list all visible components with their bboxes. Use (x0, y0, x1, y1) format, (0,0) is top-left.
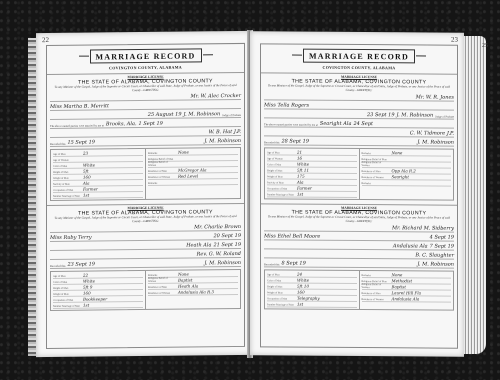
detail-value: Andalusia Ala (392, 296, 420, 301)
detail-value: 5ft 10 (297, 284, 309, 289)
license-date: 23 Sept 19 (367, 112, 395, 118)
county-subtitle: COVINGTON COUNTY, ALABAMA (47, 64, 244, 71)
detail-value: Laurel Hill Fla (392, 290, 421, 295)
detail-label: Age of Man (267, 151, 295, 154)
officiant: Rev. G. W. Roland (197, 251, 241, 257)
recorded-label: Recorded this (50, 265, 65, 268)
greeting-text: To any Minister of the Gospel, Judge of … (264, 84, 454, 92)
solemnized-label: The above named parties were married by … (264, 123, 318, 126)
married-row: Andalusia Ala7 Sept 19 (264, 241, 454, 250)
details-table: Age of Man23 Age of Woman Color of ManWh… (50, 147, 241, 201)
detail-label: Weight of Man (267, 175, 295, 178)
recorder: J. M. Robinson (204, 138, 241, 144)
detail-label: Residence of Woman (362, 298, 390, 301)
detail-label: Religious Belief of Woman (148, 161, 176, 167)
left-page: 22 MARRIAGE RECORD COVINGTON COUNTY, ALA… (36, 31, 251, 357)
record-title: MARRIAGE RECORD (303, 49, 415, 64)
detail-label: Age of Man (267, 273, 295, 276)
detail-label: Religious Belief of Woman (362, 283, 390, 289)
page-edges: 25 (464, 36, 486, 354)
detail-label: Remarks (148, 182, 176, 185)
license-section: MARRIAGE LICENSE THE STATE OF ALABAMA, C… (261, 203, 457, 311)
detail-label: Nativity of Man (267, 181, 295, 184)
detail-value: Methodist (392, 278, 413, 283)
recorded-row: Recorded this15 Sept 19J. M. Robinson (50, 137, 241, 147)
detail-label: Height of Man (267, 169, 295, 172)
married-date: 21 Sept 19 (214, 242, 242, 248)
detail-value: 1st (83, 193, 89, 198)
detail-value: None (392, 150, 403, 155)
detail-label: Residence of Woman (148, 292, 176, 295)
left-page-number: 22 (42, 36, 49, 44)
officiant: C. W. Tidmore J.P. (410, 130, 454, 136)
license-date: 4 Sept 19 (430, 235, 454, 241)
detail-label: Residence of Woman (148, 176, 176, 179)
detail-value: 1st (83, 303, 89, 308)
detail-value: 1st (297, 192, 303, 197)
groom-row: Mr. Richard M. Sidberry (264, 223, 454, 232)
bride-name: Miss Ethel Bell Moore (264, 233, 320, 239)
detail-label: Age of Woman (267, 157, 295, 160)
detail-value: Baptist (178, 277, 192, 282)
bride-name: Miss Ruby Terry (50, 235, 92, 241)
detail-value: None (178, 150, 189, 155)
detail-value: Farmer (297, 186, 312, 191)
recorded-row: Recorded this28 Sept 19J. M. Robinson (264, 137, 454, 146)
bride-row: Miss Ethel Bell Moore4 Sept 19 (264, 232, 454, 241)
detail-value: 22 (83, 273, 88, 278)
detail-label: Remarks (362, 182, 390, 185)
details-right: RemarksNone Religious Belief of Man Reli… (359, 149, 454, 200)
detail-value: 5ft (83, 169, 89, 174)
groom-name: Mr. W. R. Jones (416, 94, 454, 100)
detail-label: Residence of Man (362, 292, 390, 295)
detail-value: Searight (392, 174, 409, 179)
recorded-row: Recorded this23 Sept 19J. M. Robinson (50, 259, 241, 269)
married-row: The above named parties were married by … (264, 119, 454, 128)
officiant: W. B. Hat J.P. (209, 129, 241, 135)
detail-value: McGregor Ala (178, 167, 207, 172)
detail-value: White (297, 162, 309, 167)
detail-value: Farmer (83, 186, 98, 191)
license-date: 25 August 19 (148, 112, 182, 118)
married-date: 7 Sept 19 (430, 244, 454, 250)
details-left: Age of Man22 Color of ManWhite Height of… (51, 271, 145, 310)
detail-label: Weight of Man (53, 177, 81, 180)
license-section: MARRIAGE LICENSE THE STATE OF ALABAMA, C… (47, 72, 244, 202)
details-left: Age of Man23 Age of Woman Color of ManWh… (51, 149, 145, 200)
detail-value: 21 (297, 150, 302, 155)
left-record-form: MARRIAGE RECORD COVINGTON COUNTY, ALABAM… (46, 43, 245, 349)
issued-by: J. M. Robinson (397, 112, 434, 118)
groom-name: Mr. Charlie Brown (194, 224, 241, 230)
detail-label: Number Marriage of Man (267, 193, 295, 196)
detail-row: Remarks (148, 179, 238, 186)
detail-label: Residence of Man (362, 170, 390, 173)
detail-label: Color of Man (53, 165, 81, 168)
details-left: Age of Man21 Age of Woman16 Color of Man… (265, 148, 359, 199)
officiant-row: B. C. Slaughter (264, 250, 454, 259)
detail-value: Andalusia Ala R.3 (178, 289, 214, 294)
right-page-number: 23 (451, 36, 458, 44)
judge-label: Judge of Probate (222, 114, 241, 117)
detail-value: 16 (297, 156, 302, 161)
detail-value: 1st (297, 302, 303, 307)
bride-name: Miss Tella Rogers (264, 102, 309, 108)
detail-label: Number Marriage of Man (53, 195, 81, 198)
detail-row: Number Marriage of Man1st (267, 301, 357, 308)
detail-value: Ala (297, 180, 304, 185)
license-section: MARRIAGE LICENSE THE STATE OF ALABAMA, C… (261, 72, 457, 201)
recorded-date: 8 Sept 19 (281, 260, 305, 266)
detail-label: Remarks (148, 152, 176, 155)
detail-value: White (297, 278, 309, 283)
married-at: Searight Ala (320, 121, 352, 127)
detail-label: Residence of Woman (362, 176, 390, 179)
details-table: Age of Man21 Age of Woman16 Color of Man… (264, 147, 454, 200)
detail-label: Religious Belief of Woman (362, 161, 390, 167)
detail-label: Nativity of Man (53, 183, 81, 186)
greeting-text: To any Minister of the Gospel, Judge of … (264, 215, 454, 223)
bride-row: Miss Tella Rogers (264, 101, 454, 110)
detail-label: Religious Belief of Woman (148, 277, 176, 283)
detail-row: Residence of WomanAndalusia Ala (362, 296, 452, 303)
recorder: J. M. Robinson (204, 260, 241, 266)
detail-value: Bookkeeper (83, 296, 107, 301)
detail-label: Color of Man (267, 279, 295, 282)
detail-value: 5ft 11 (297, 168, 309, 173)
detail-label: Occupation of Man (53, 299, 81, 302)
record-title: MARRIAGE RECORD (90, 48, 202, 63)
detail-value: Opp Ala R.2 (392, 168, 416, 173)
detail-value: 23 (83, 151, 88, 156)
recorded-row: Recorded this8 Sept 19J. M. Robinson (264, 259, 454, 268)
detail-label: Number Marriage of Man (53, 305, 81, 308)
married-date: 1 Sept 19 (139, 121, 163, 127)
married-at: Heath Ala (186, 242, 211, 248)
officiant-row: C. W. Tidmore J.P. (264, 128, 454, 137)
back-page-number: 25 (482, 43, 488, 49)
details-table: Age of Man22 Color of ManWhite Height of… (50, 269, 241, 311)
ledger-book: 25 22 MARRIAGE RECORD COVINGTON COUNTY, … (28, 30, 480, 360)
detail-label: Weight of Man (267, 291, 295, 294)
recorded-date: 15 Sept 19 (67, 140, 95, 146)
recorder: J. M. Robinson (417, 261, 454, 267)
details-left: Age of Man24 Color of ManWhite Height of… (265, 270, 359, 309)
details-table: Age of Man24 Color of ManWhite Height of… (264, 269, 454, 310)
bride-name: Miss Martha B. Merritt (50, 103, 109, 110)
right-page: 23 MARRIAGE RECORD COVINGTON COUNTY, ALA… (250, 31, 464, 356)
right-record-form: MARRIAGE RECORD COVINGTON COUNTY, ALABAM… (260, 43, 458, 348)
recorded-label: Recorded this (264, 263, 279, 266)
detail-row: Number Marriage of Man1st (267, 191, 357, 198)
detail-value: 175 (297, 174, 305, 179)
detail-label: Occupation of Man (267, 297, 295, 300)
detail-value: Telegraphy (297, 296, 320, 301)
detail-value: 160 (83, 175, 91, 180)
groom-row: Mr. W. R. Jones (264, 92, 454, 101)
details-right: RemarksNone Religious Belief of Man Reli… (145, 148, 240, 199)
detail-label: Color of Man (267, 163, 295, 166)
detail-label: Number Marriage of Man (267, 303, 295, 306)
detail-row: Residence of WomanAndalusia Ala R.3 (148, 289, 238, 296)
detail-value: Heath Ala (178, 283, 198, 288)
detail-label: Residence of Man (148, 286, 176, 289)
detail-label: Age of Man (53, 275, 81, 278)
detail-label: Color of Man (53, 281, 81, 284)
solemnized-label: The above named parties were married by … (50, 124, 104, 128)
details-right: RemarksNone Religious Belief of ManMetho… (359, 271, 454, 310)
detail-label: Height of Man (53, 171, 81, 174)
detail-label: Height of Man (53, 287, 81, 290)
recorder: J. M. Robinson (417, 139, 454, 145)
detail-value: None (392, 272, 403, 277)
detail-row: Remarks (362, 180, 452, 187)
married-at: Andalusia Ala (393, 243, 428, 249)
judge-label: Judge of Probate (435, 116, 454, 119)
detail-label: Remarks (362, 152, 390, 155)
married-at: Brooks, Ala. (106, 121, 137, 127)
recorded-date: 28 Sept 19 (281, 138, 309, 144)
detail-value: Red Level (178, 173, 198, 178)
detail-value: None (178, 272, 189, 277)
groom-name: Mr. Richard M. Sidberry (392, 225, 454, 231)
detail-row: Number Marriage of Man1st (53, 192, 143, 199)
detail-label: Occupation of Man (267, 187, 295, 190)
details-right: RemarksNone Religious Belief of WomanBap… (145, 270, 240, 309)
recorded-label: Recorded this (264, 141, 279, 144)
detail-label: Residence of Man (148, 170, 176, 173)
detail-value: 160 (83, 291, 91, 296)
license-date-row: 23 Sept 19J. M. RobinsonJudge of Probate (264, 110, 454, 119)
issued-by: J. M. Robinson (184, 111, 221, 117)
groom-name: Mr. W. Alec Crocker (190, 93, 241, 100)
county-subtitle: COVINGTON COUNTY, ALABAMA (261, 64, 457, 70)
detail-value: Baptist (392, 284, 406, 289)
detail-label: Height of Man (267, 285, 295, 288)
recorded-label: Recorded this (50, 143, 65, 146)
officiant: B. C. Slaughter (415, 252, 454, 258)
detail-value: 24 (297, 272, 302, 277)
detail-value: 160 (297, 290, 305, 295)
detail-value: White (83, 279, 95, 284)
detail-label: Occupation of Man (53, 189, 81, 192)
license-section: MARRIAGE LICENSE THE STATE OF ALABAMA, C… (47, 203, 244, 312)
detail-label: Age of Woman (53, 159, 81, 162)
detail-row: Number Marriage of Man1st (53, 302, 143, 309)
detail-value: 5ft 9 (83, 285, 92, 290)
recorded-date: 23 Sept 19 (67, 262, 95, 268)
married-date: 24 Sept (353, 121, 373, 127)
detail-label: Remarks (362, 274, 390, 277)
detail-value: Ala (83, 181, 90, 186)
license-date: 20 Sept 19 (214, 233, 242, 239)
detail-value: White (83, 163, 95, 168)
detail-label: Age of Man (53, 153, 81, 156)
detail-label: Weight of Man (53, 293, 81, 296)
